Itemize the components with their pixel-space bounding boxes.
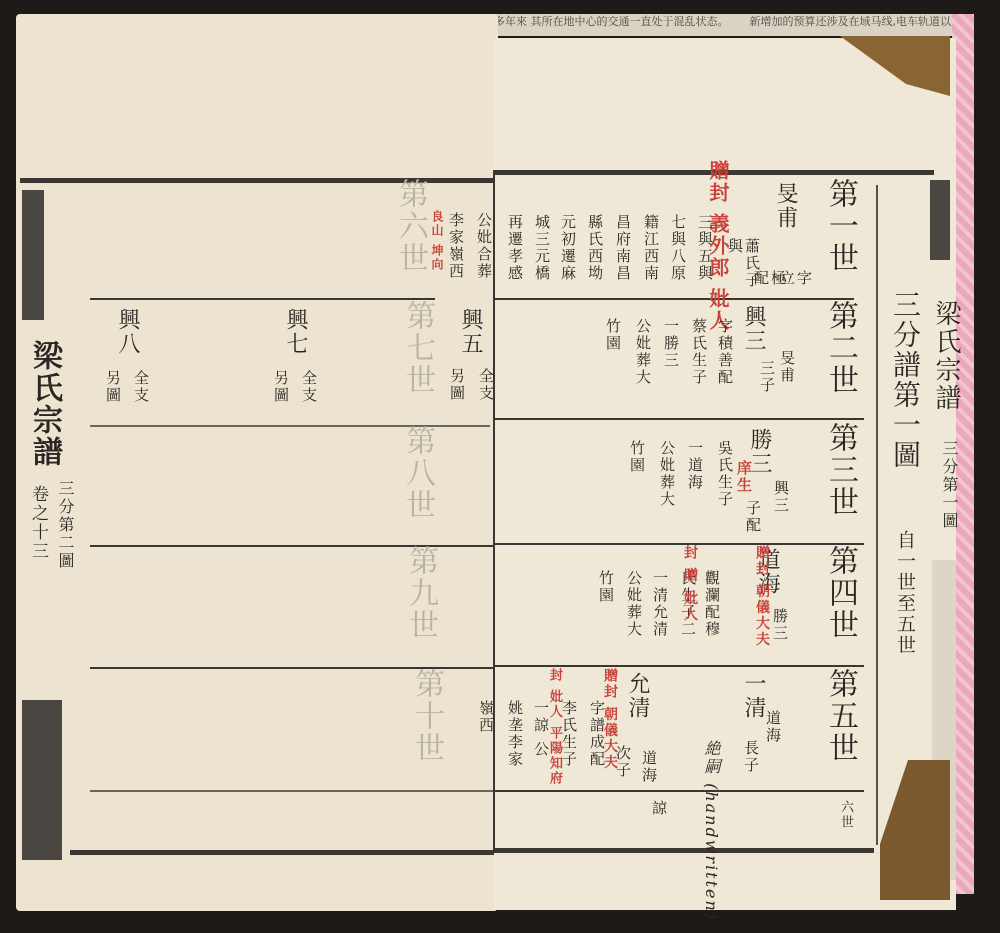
center-fold-line bbox=[493, 170, 495, 850]
person-gen5b-footer: 諒 bbox=[650, 800, 667, 817]
bleed-gen-8: 第八世 bbox=[395, 425, 439, 521]
generation-label-2: 第二世 bbox=[818, 300, 862, 396]
red-seal-gen4-wife: 封 贈 妣人 bbox=[680, 545, 700, 623]
left-burial-line-2: 李家嶺西 bbox=[447, 212, 464, 280]
entry-xing7-name: 興七 bbox=[280, 308, 311, 356]
bleed-gen-10: 第十世 bbox=[404, 668, 448, 764]
person-gen5a-father: 道海 bbox=[764, 710, 781, 744]
right-spine-section: 三分第一圖 bbox=[938, 440, 961, 530]
red-seal-gen4: 贈封 朝儀大夫 bbox=[752, 545, 772, 648]
row-line-left-5 bbox=[90, 790, 495, 792]
person-gen5b-father: 道海 bbox=[640, 750, 657, 784]
person-gen5a-note: 絶嗣 (handwritten) bbox=[700, 740, 723, 921]
chart-range: 自一世至五世 bbox=[892, 530, 919, 656]
spine-section: 三分第二圖 bbox=[54, 480, 77, 570]
spine-dark-block-top bbox=[22, 190, 44, 320]
row-line-right-5 bbox=[494, 790, 864, 792]
red-annotation-direction: 良山 坤向 bbox=[428, 210, 445, 272]
bleed-gen-9: 第九世 bbox=[398, 545, 442, 641]
person-gen2-bio: 旻甫 三子 字積善配 蔡氏生子 一勝三 公妣葬大 竹園 bbox=[600, 310, 800, 420]
entry-xing8-note1: 全支 bbox=[132, 370, 149, 404]
chart-title: 三分譜第一圖 bbox=[885, 290, 925, 470]
row-line-left-1 bbox=[90, 298, 435, 300]
entry-xing8-name: 興八 bbox=[112, 308, 143, 356]
right-spine-title: 梁氏宗譜 bbox=[928, 300, 965, 412]
generation-label-5: 第五世 bbox=[818, 668, 862, 764]
bleed-gen-6: 第六世 bbox=[388, 178, 432, 274]
bottom-border-right bbox=[494, 848, 874, 853]
person-gen3-bio: 興三 子配 吳氏生子 一道海 公妣葬大 竹園 bbox=[620, 440, 800, 550]
entry-xing7-note1: 全支 bbox=[300, 370, 317, 404]
right-spine-dark-block bbox=[930, 180, 950, 260]
bottom-border-left bbox=[70, 850, 494, 855]
spine-volume: 卷之十三 bbox=[26, 485, 51, 561]
red-annotation-scholar: 庠生 bbox=[734, 460, 755, 494]
person-gen5a-rank: 長子 bbox=[742, 740, 759, 774]
bleed-gen-7: 第七世 bbox=[395, 300, 439, 396]
red-seal-gen5b: 贈封 朝儀大夫 bbox=[600, 668, 620, 771]
title-column-divider bbox=[876, 185, 878, 845]
person-gen1-bio: 字立 極配 蕭氏子與 三與五與 七與八原 籍江西南 昌府南昌 縣氏西坳 元初遷麻… bbox=[506, 190, 796, 300]
person-gen5b-burial: 姚垄李家 bbox=[506, 700, 523, 768]
entry-xing8-note2: 另圖 bbox=[104, 370, 121, 404]
person-gen4-bio: 勝三 觀瀾配穆 氏生子二 一清允清 公妣葬大 竹園 bbox=[595, 560, 815, 670]
left-footer-ridge: 嶺西 bbox=[477, 700, 494, 734]
generation-label-1: 第一世 bbox=[818, 178, 862, 274]
entry-xing7-note2: 另圖 bbox=[272, 370, 289, 404]
generation-label-4: 第四世 bbox=[818, 545, 862, 641]
newsprint-right-text: 新增加的预算还涉及在域马线,电车轨道以及公寓 这些新的预算规定将在俄罗斯全国生 bbox=[749, 15, 970, 28]
entry-xing5-name: 興五 bbox=[455, 308, 486, 356]
generation-label-3: 第三世 bbox=[818, 422, 862, 518]
next-generation-marker: 六世 bbox=[836, 800, 855, 830]
red-seal-gen5b-wife: 封 妣人 平陽知府 bbox=[545, 668, 564, 786]
entry-xing5-note2: 另圖 bbox=[448, 368, 465, 402]
red-seal-gen1: 贈封 義外郎 妣人 bbox=[704, 160, 733, 332]
newsprint-strip: 多年來 其所在地中心的交通一直处于混乱状态。 新增加的预算还涉及在域马线,电车轨… bbox=[490, 14, 970, 36]
left-burial-line-1: 公妣合葬 bbox=[475, 212, 492, 280]
newsprint-left-text: 多年來 其所在地中心的交通一直处于混乱状态。 bbox=[494, 15, 729, 28]
spine-dark-block-bottom bbox=[22, 700, 62, 860]
entry-xing5-note1: 全支 bbox=[477, 368, 494, 402]
spine-book-title: 梁氏宗譜 bbox=[22, 340, 66, 468]
person-gen5b-name: 允清 bbox=[622, 672, 653, 720]
